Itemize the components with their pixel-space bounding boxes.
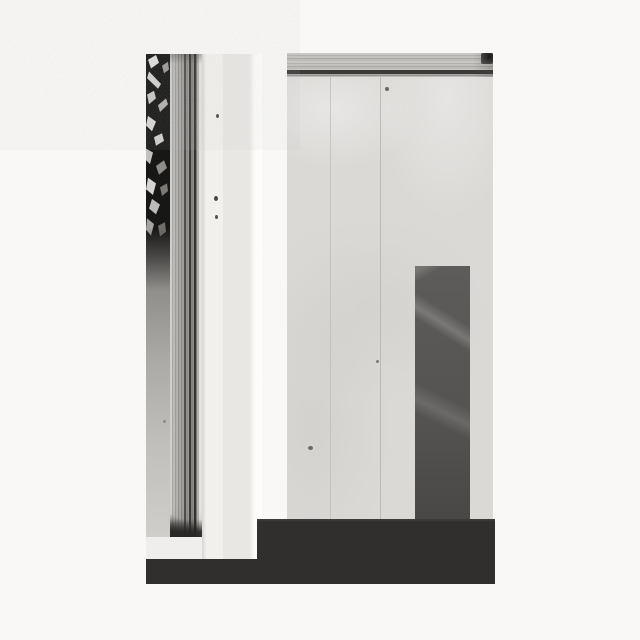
panel-seam-right xyxy=(380,77,381,519)
offwhite-mat-strip xyxy=(202,54,223,559)
artwork-canvas xyxy=(0,0,640,640)
dust-speck xyxy=(376,360,379,363)
charcoal-band-upper xyxy=(257,519,495,584)
left-frame-molding-strip xyxy=(170,54,202,537)
foliage-fade xyxy=(146,228,170,537)
torn-foliage-strip xyxy=(146,54,170,537)
dust-speck xyxy=(385,87,389,91)
foliage-texture-art xyxy=(146,54,170,247)
cornice-dark-line xyxy=(287,70,493,74)
cornice-thin-line xyxy=(287,75,493,76)
dust-speck xyxy=(214,196,218,201)
charcoal-band-lower xyxy=(146,559,257,584)
dust-speck xyxy=(163,420,166,423)
dark-shadow-rectangle xyxy=(415,266,470,519)
dust-speck xyxy=(215,215,218,219)
dust-speck xyxy=(216,114,219,118)
dust-speck xyxy=(308,446,313,450)
pale-mat-strip xyxy=(223,54,262,559)
cornice-corner-smudge xyxy=(481,53,493,64)
molding-bottom-shadow xyxy=(170,515,202,537)
panel-seam-left xyxy=(330,77,331,519)
